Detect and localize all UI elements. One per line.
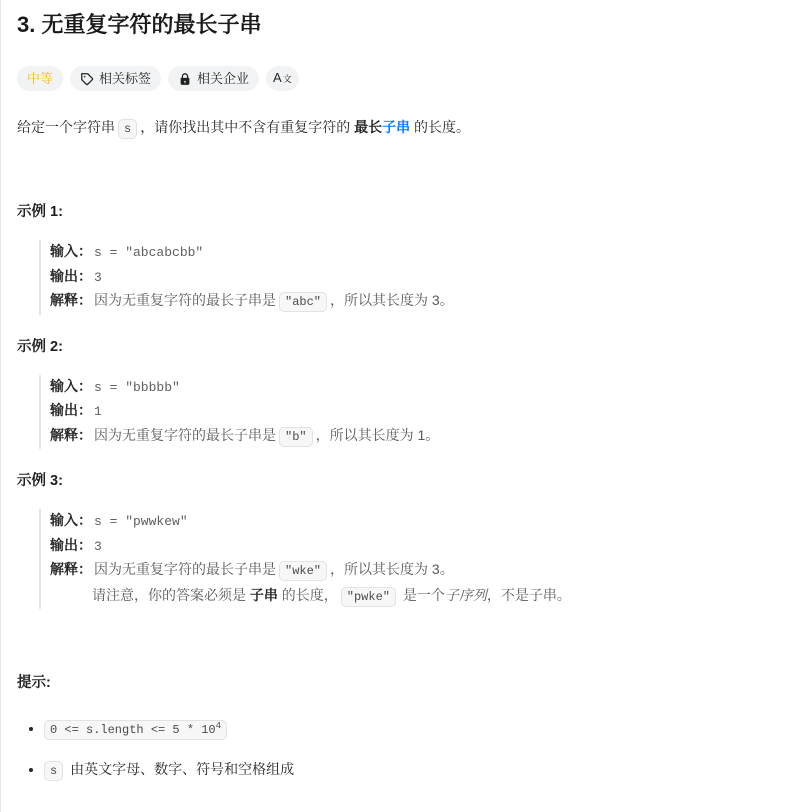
example-3-note: 请注意，你的答案必须是 子串 的长度，"pwke" 是一个子序列，不是子串。: [50, 584, 758, 610]
example-1-block: 输入：s = "abcabcbb" 输出：3 解释：因为无重复字符的最长子串是"…: [39, 240, 758, 315]
example-2-input: 输入：s = "bbbbb": [50, 375, 758, 400]
problem-statement: 给定一个字符串s，请你找出其中不含有重复字符的 最长子串 的长度。: [17, 115, 758, 142]
example-2-explanation: 解释：因为无重复字符的最长子串是"b"，所以其长度为 1。: [50, 424, 758, 450]
badges-row: 中等 相关标签 相关企业 A文: [17, 66, 758, 91]
example-1-explanation: 解释：因为无重复字符的最长子串是"abc"，所以其长度为 3。: [50, 289, 758, 315]
hints-title: 提示:: [17, 671, 758, 692]
translate-icon: A文: [273, 65, 292, 92]
example-3-explanation: 解释：因为无重复字符的最长子串是"wke"，所以其长度为 3。: [50, 558, 758, 584]
superscript-exponent: 4: [216, 721, 221, 731]
example-1-title: 示例 1:: [17, 200, 758, 221]
lock-icon: [178, 72, 192, 86]
translate-button[interactable]: A文: [266, 66, 299, 91]
statement-part3: 的长度。: [410, 119, 470, 135]
example-1-code: "abc": [279, 292, 327, 312]
hint-item-charset: s 由英文字母、数字、符号和空格组成: [44, 758, 758, 782]
example-3-code: "wke": [279, 561, 327, 581]
substring-link[interactable]: 子串: [382, 119, 410, 135]
problem-description-panel: 3. 无重复字符的最长子串 中等 相关标签 相关企业 A文 给定一个字符: [0, 0, 786, 812]
related-tags-button[interactable]: 相关标签: [70, 66, 161, 91]
inline-code-s: s: [118, 119, 137, 139]
example-3-output: 输出：3: [50, 534, 758, 559]
charset-code: s: [44, 761, 63, 781]
difficulty-badge[interactable]: 中等: [17, 66, 63, 91]
example-2-output: 输出：1: [50, 399, 758, 424]
example-1-output: 输出：3: [50, 265, 758, 290]
constraint-code: 0 <= s.length <= 5 * 104: [44, 720, 227, 740]
hint-item-constraint: 0 <= s.length <= 5 * 104: [44, 717, 758, 741]
related-companies-label: 相关企业: [197, 66, 249, 91]
statement-bold: 最长: [354, 119, 382, 135]
related-tags-label: 相关标签: [99, 66, 151, 91]
tag-icon: [80, 72, 94, 86]
example-3-block: 输入：s = "pwwkew" 输出：3 解释：因为无重复字符的最长子串是"wk…: [39, 509, 758, 609]
related-companies-button[interactable]: 相关企业: [168, 66, 259, 91]
example-3-input: 输入：s = "pwwkew": [50, 509, 758, 534]
example-2-code: "b": [279, 427, 313, 447]
example-1-input: 输入：s = "abcabcbb": [50, 240, 758, 265]
example-3-title: 示例 3:: [17, 469, 758, 490]
example-2-block: 输入：s = "bbbbb" 输出：1 解释：因为无重复字符的最长子串是"b"，…: [39, 375, 758, 450]
example-2-title: 示例 2:: [17, 335, 758, 356]
charset-text: 由英文字母、数字、符号和空格组成: [70, 761, 294, 777]
statement-part2: ，请你找出其中不含有重复字符的: [140, 119, 354, 135]
example-3-note-code: "pwke": [341, 587, 396, 607]
hints-list: 0 <= s.length <= 5 * 104 s 由英文字母、数字、符号和空…: [17, 717, 758, 782]
problem-title: 3. 无重复字符的最长子串: [17, 10, 758, 40]
statement-part1: 给定一个字符串: [17, 119, 115, 135]
